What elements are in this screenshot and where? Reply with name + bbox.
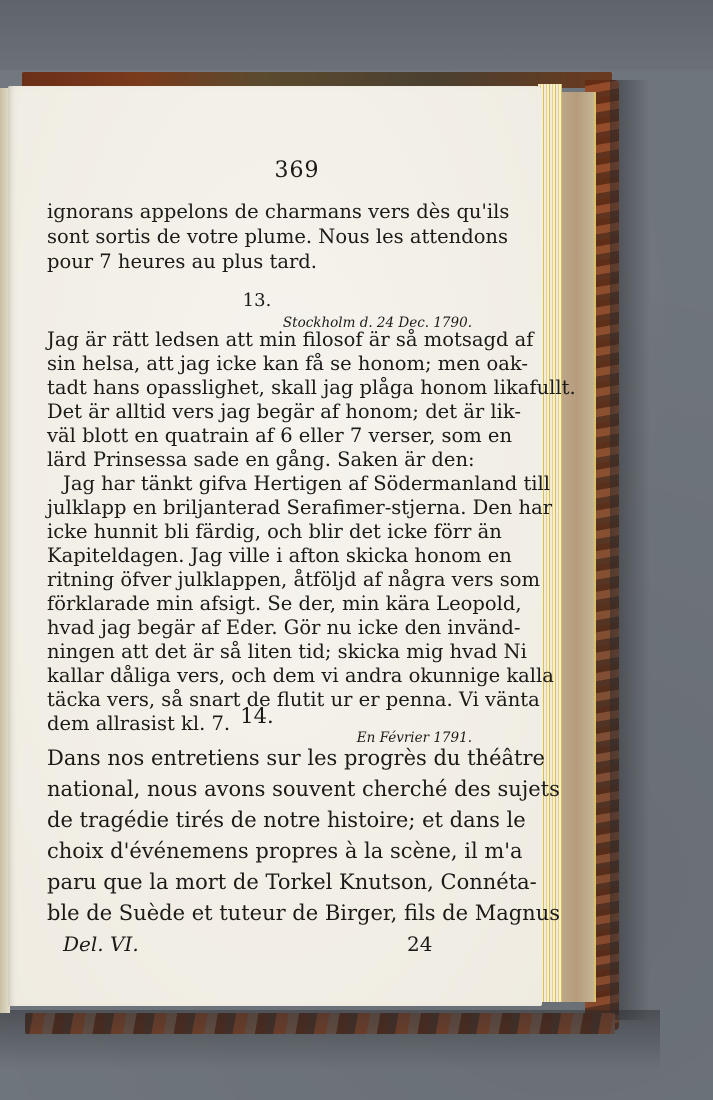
text-line: Det är alltid vers jag begär af honom; d… [47, 400, 472, 424]
text-line: lärd Prinsessa sade en gång. Saken är de… [47, 448, 472, 472]
text-line: ble de Suède et tuteur de Birger, fils d… [47, 899, 472, 927]
letter-number: 14. [207, 704, 307, 728]
background-top [0, 0, 713, 70]
endpaper [560, 92, 596, 1002]
letter-number: 13. [207, 290, 307, 311]
text-line: icke hunnit bli färdig, och blir det ick… [47, 520, 472, 544]
text-line: förklarade min afsigt. Se der, min kära … [47, 592, 472, 616]
text-line: Jag har tänkt gifva Hertigen af Söderman… [47, 472, 472, 496]
text-line: Dans nos entretiens sur les progrès du t… [47, 744, 472, 772]
text-line: tadt hans opasslighet, skall jag plåga h… [47, 376, 472, 400]
text-line: sont sortis de votre plume. Nous les att… [47, 225, 472, 249]
text-line: Kapiteldagen. Jag ville i afton skicka h… [47, 544, 472, 568]
text-line: Jag är rätt ledsen att min filosof är så… [47, 328, 472, 352]
text-line: choix d'événemens propres à la scène, il… [47, 837, 472, 865]
text-line: ritning öfver julklappen, åtföljd af någ… [47, 568, 472, 592]
text-line: kallar dåliga vers, och dem vi andra oku… [47, 664, 472, 688]
signature-mark: Del. VI. [63, 932, 139, 956]
text-line: de tragédie tirés de notre histoire; et … [47, 806, 472, 834]
signature-number: 24 [407, 932, 432, 956]
text-line: väl blott en quatrain af 6 eller 7 verse… [47, 424, 472, 448]
text-line: ignorans appelons de charmans vers dès q… [47, 200, 472, 224]
book-shadow [610, 80, 650, 1020]
text-line: paru que la mort de Torkel Knutson, Conn… [47, 868, 472, 896]
text-line: hvad jag begär af Eder. Gör nu icke den … [47, 616, 472, 640]
text-line: ningen att det är så liten tid; skicka m… [47, 640, 472, 664]
text-line: julklapp en briljanterad Serafimer-stjer… [47, 496, 472, 520]
text-line: pour 7 heures au plus tard. [47, 250, 472, 274]
text-line: national, nous avons souvent cherché des… [47, 775, 472, 803]
page-number: 369 [247, 158, 347, 183]
desk-shadow [0, 1010, 660, 1070]
text-line: sin helsa, att jag icke kan få se honom;… [47, 352, 472, 376]
